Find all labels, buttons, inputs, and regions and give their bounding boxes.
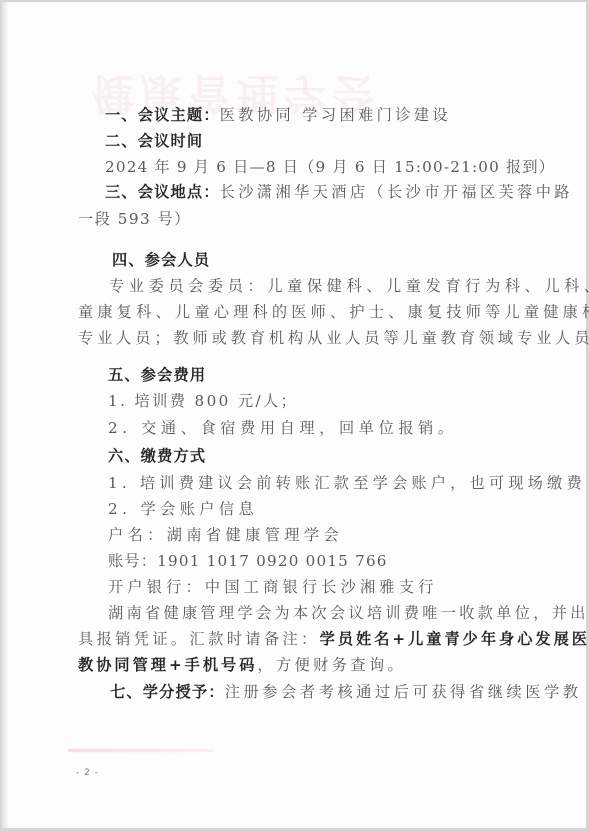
account-name: 户名：湖南省健康管理学会	[108, 526, 343, 544]
payment-note-line-2: 具报销凭证。汇款时请备注：学员姓名+儿童青少年身心发展医	[78, 630, 589, 648]
section-7-heading: 七、学分授予	[110, 683, 208, 701]
section-7-text: 注册参会者考核通过后可获得省继续医学教	[225, 683, 582, 701]
section-1-heading: 一、会议主题	[105, 106, 203, 124]
section-5-heading-line: 五、参会费用	[108, 366, 206, 384]
section-2-text: 2024 年 9 月 6 日—8 日（9 月 6 日 15:00-21:00 报…	[105, 158, 555, 176]
section-3-venue: 三、会议地点：长沙潇湘华天酒店（长沙市开福区芙蓉中路	[105, 183, 573, 201]
section-4-line-2: 童康复科、儿童心理科的医师、护士、康复技师等儿童健康相关	[78, 303, 589, 321]
section-4-line-3: 专业人员；教师或教育机构从业人员等儿童教育领域专业人员。	[78, 329, 589, 347]
section-5-heading: 五、参会费用	[108, 366, 206, 384]
remark-format-bold-cont: 教协同管理+手机号码	[78, 656, 257, 674]
section-5-item-2: 2. 交通、食宿费用自理，回单位报销。	[108, 419, 458, 437]
section-3-text-line2: 一段 593 号）	[78, 210, 191, 228]
section-6-item-2: 2. 学会账户信息	[108, 500, 258, 518]
page-number: - 2 -	[76, 768, 99, 778]
section-3-heading: 三、会议地点	[105, 183, 203, 201]
section-2-heading-line: 二、会议时间	[105, 132, 203, 150]
document-page: 健康管理学会 一、会议主题：医教协同 学习困难门诊建设 二、会议时间 2024 …	[2, 2, 586, 828]
section-6-heading: 六、缴费方式	[108, 447, 206, 465]
section-2-heading: 二、会议时间	[105, 132, 203, 150]
section-4-heading: 四、参会人员	[112, 251, 210, 269]
section-1-theme: 一、会议主题：医教协同 学习困难门诊建设	[105, 106, 451, 124]
bank-name: 开户银行：中国工商银行长沙湘雅支行	[108, 578, 438, 596]
red-ink-smudge	[68, 749, 213, 752]
section-4-heading-line: 四、参会人员	[112, 251, 210, 269]
remark-format-bold: 学员姓名+儿童青少年身心发展医	[320, 630, 589, 648]
account-number: 账号：1901 1017 0920 0015 766	[108, 552, 388, 570]
section-1-text: 医教协同 学习困难门诊建设	[220, 106, 451, 124]
section-6-heading-line: 六、缴费方式	[108, 447, 206, 465]
section-4-line-1: 专业委员会委员：儿童保健科、儿童发育行为科、儿科、儿	[109, 277, 589, 295]
page-edge-shadow	[2, 2, 8, 828]
section-3-text-line1: 长沙潇湘华天酒店（长沙市开福区芙蓉中路	[220, 183, 573, 201]
payment-note-line-3: 教协同管理+手机号码，方便财务查询。	[78, 656, 406, 674]
section-7-credits: 七、学分授予：注册参会者考核通过后可获得省继续医学教	[110, 683, 582, 701]
section-5-item-1: 1. 培训费 800 元/人；	[108, 392, 298, 410]
section-6-item-1: 1. 培训费建议会前转账汇款至学会账户，也可现场缴费	[108, 474, 586, 492]
payment-note-line-1: 湖南省健康管理学会为本次会议培训费唯一收款单位，并出	[108, 604, 589, 622]
